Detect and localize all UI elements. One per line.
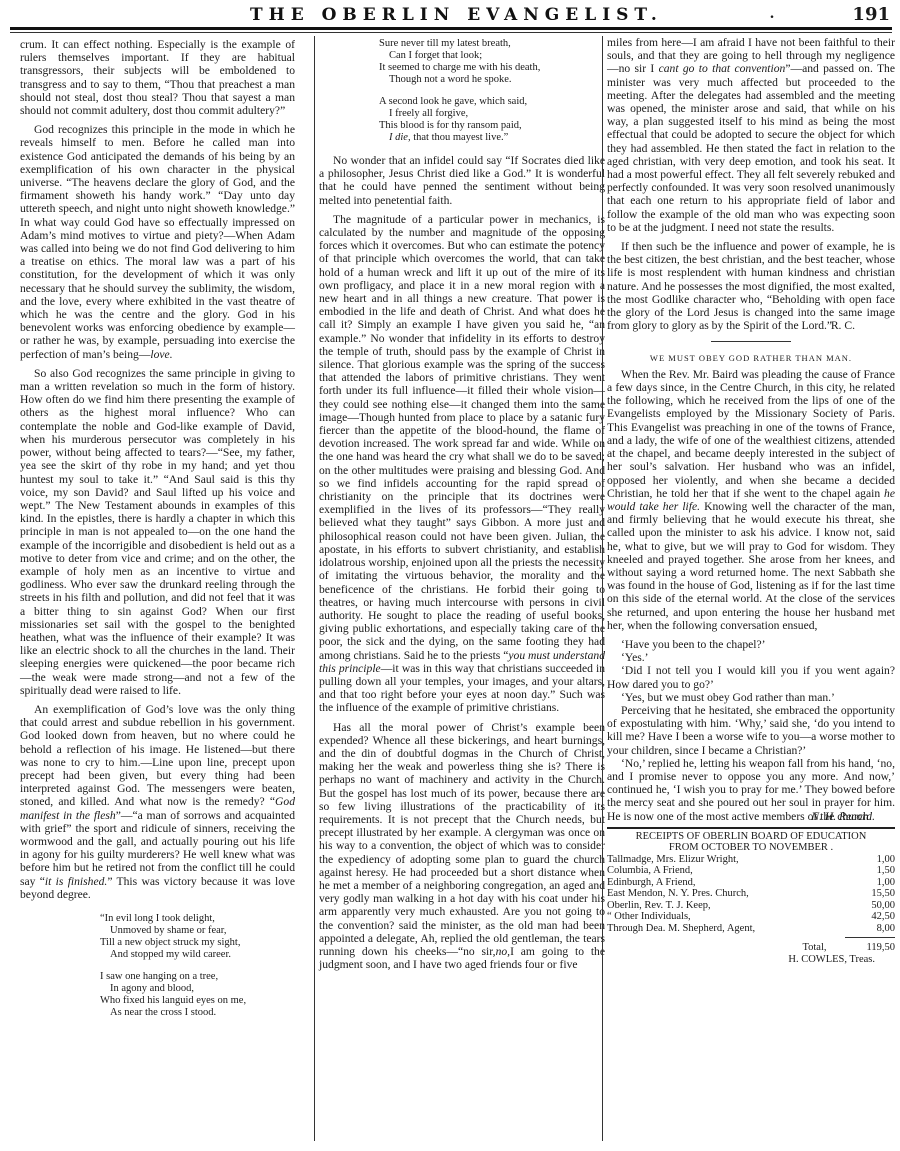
header-rule-thin — [10, 32, 892, 33]
paragraph: crum. It can effect nothing. Especially … — [20, 38, 295, 117]
masthead-dot: . — [770, 5, 774, 23]
paragraph: God recognizes this principle in the mod… — [20, 123, 295, 361]
receipts-table: RECEIPTS OF OBERLIN BOARD OF EDUCATION F… — [607, 827, 895, 966]
dialogue-line: ‘Did I not tell you I would kill you if … — [607, 664, 895, 690]
newspaper-title: THE OBERLIN EVANGELIST. — [250, 5, 663, 25]
stanza: A second look he gave, which said, I fre… — [379, 96, 605, 144]
receipt-row: “ Other Individuals,42,50 — [607, 911, 895, 923]
paragraph: When the Rev. Mr. Baird was pleading the… — [607, 368, 895, 632]
paragraph: miles from here—I am afraid I have not b… — [607, 36, 895, 234]
paragraph: Has all the moral power of Christ’s exam… — [319, 721, 605, 972]
receipts-total: Total,119,50 — [607, 942, 895, 954]
paragraph: Perceiving that he hesitated, she embrac… — [607, 704, 895, 757]
receipt-row: Columbia, A Friend,1,50 — [607, 865, 895, 877]
paragraph: ‘No,’ replied he, letting his weapon fal… — [607, 757, 895, 823]
dialogue-line: ‘Yes.’ — [607, 651, 895, 664]
article-heading: WE MUST OBEY GOD RATHER THAN MAN. — [607, 352, 895, 365]
dialogue-line: ‘Have you been to the chapel?’ — [607, 638, 895, 651]
stanza: Sure never till my latest breath, Can I … — [379, 38, 605, 86]
column-1: crum. It can effect nothing. Especially … — [20, 38, 295, 1029]
stanza: “In evil long I took delight, Unmoved by… — [100, 913, 295, 961]
dialogue-line: ‘Yes, but we must obey God rather than m… — [607, 691, 895, 704]
receipts-title: RECEIPTS OF OBERLIN BOARD OF EDUCATION — [607, 831, 895, 843]
receipt-row: East Mendon, N. Y. Pres. Church,15,50 — [607, 888, 895, 900]
section-divider — [711, 341, 791, 342]
total-rule — [845, 937, 895, 938]
treasurer: H. COWLES, Treas. — [607, 954, 895, 966]
stanza: I saw one hanging on a tree, In agony an… — [100, 971, 295, 1019]
paragraph: An exemplification of God’s love was the… — [20, 703, 295, 901]
hymn-verse: Sure never till my latest breath, Can I … — [379, 38, 605, 144]
column-3: miles from here—I am afraid I have not b… — [602, 36, 895, 1141]
paragraph: No wonder that an infidel could say “If … — [319, 154, 605, 207]
page-number: 191 — [852, 4, 890, 25]
receipt-row: Oberlin, Rev. T. J. Keep,50,00 — [607, 900, 895, 912]
header-rule — [10, 27, 892, 30]
paragraph: If then such be the influence and power … — [607, 240, 895, 333]
receipt-row: Through Dea. M. Shepherd, Agent,8,00 — [607, 923, 895, 935]
receipt-row: Edinburgh, A Friend,1,00 — [607, 877, 895, 889]
paragraph: The magnitude of a particular power in m… — [319, 213, 605, 715]
receipts-subtitle: FROM OCTOBER TO NOVEMBER . — [607, 842, 895, 854]
column-2: Sure never till my latest breath, Can I … — [314, 36, 605, 1141]
paragraph: So also God recognizes the same principl… — [20, 367, 295, 697]
receipt-row: Tallmadge, Mrs. Elizur Wright,1,00 — [607, 854, 895, 866]
hymn-verse: “In evil long I took delight, Unmoved by… — [100, 913, 295, 1019]
